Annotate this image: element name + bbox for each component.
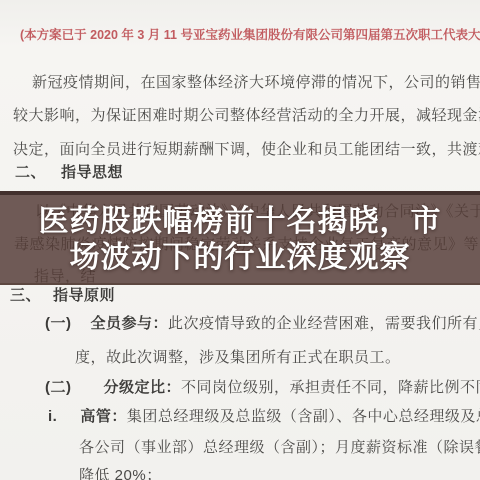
banner-headline-line-2: 场波动下的行业深度观察 [0, 240, 480, 276]
section-heading-guiding-thought: 二、指导思想 [15, 164, 123, 181]
approval-note: (本方案已于 2020 年 3 月 11 号亚宝药业集团股份有限公司第四届第五次… [20, 27, 480, 44]
intro-line-1: 新冠疫情期间，在国家整体经济大环境停滞的情况下，公司的销售达成及现金流也受到 [32, 74, 480, 91]
item-label: 分级定比： [104, 379, 182, 396]
section-number: 三、 [10, 287, 41, 304]
item-number: (二) [45, 379, 72, 396]
section-heading-guiding-principles: 三、指导原则 [10, 287, 115, 304]
section-title: 指导原则 [53, 287, 115, 304]
item-text: 不同岗位级别，承担责任不同，降薪比例不同 [181, 379, 480, 396]
document-photo: (本方案已于 2020 年 3 月 11 号亚宝药业集团股份有限公司第四届第五次… [0, 0, 480, 480]
intro-line-2: 较大影响，为保证困难时期公司整体经营活动的全力开展，减轻现金流压力，经公司研究 [13, 107, 480, 124]
sub-item-label: 高管： [80, 408, 127, 425]
banner-headline-line-1: 医药股跌幅榜前十名揭晓，市 [0, 204, 480, 240]
item-number: (一) [45, 315, 72, 332]
section-number: 二、 [15, 164, 46, 181]
section-title: 指导思想 [61, 164, 123, 181]
principle-item-two: (二)分级定比：不同岗位级别，承担责任不同，降薪比例不同 [45, 379, 480, 396]
overlay-banner: 以《中华人民共和国劳动法》《中华人民共和国劳动合同法》《关于做好新型冠状病 毒感… [0, 191, 480, 285]
sub-item-text: 集团总经理级及总监级（含副）、各中心总经理级及总监级（含副）、 [127, 408, 480, 425]
item-text: 此次疫情导致的企业经营困难，需要我们所有员工与企业携手共 [168, 315, 480, 332]
item-label: 全员参与： [91, 315, 169, 332]
principle-item-one: (一)全员参与：此次疫情导致的企业经营困难，需要我们所有员工与企业携手共 [45, 315, 480, 332]
intro-line-3: 决定，面向全员进行短期薪酬下调，使企业和员工能团结一致，共渡难关。 [13, 141, 480, 158]
sub-item-number: i. [48, 408, 57, 425]
sub-item-executives: i.高管：集团总经理级及总监级（含副）、各中心总经理级及总监级（含副）、 [48, 408, 480, 425]
sub-item-executives-reduction: 降低 20%； [79, 467, 162, 480]
banner-headline: 医药股跌幅榜前十名揭晓，市 场波动下的行业深度观察 [0, 204, 480, 275]
sub-item-executives-continuation: 各公司（事业部）总经理级（含副）；月度薪资标准（除误餐补助外所有项目） [79, 439, 480, 456]
principle-item-one-continuation: 度，故此次调整，涉及集团所有正式在职员工。 [75, 349, 401, 366]
